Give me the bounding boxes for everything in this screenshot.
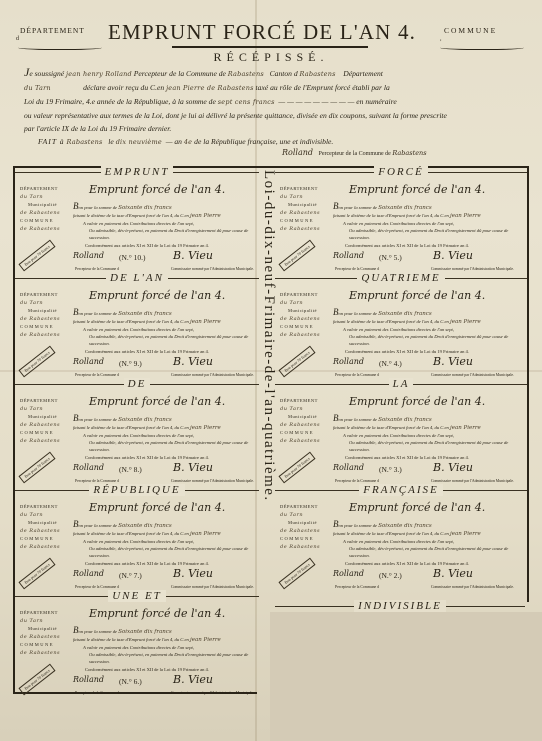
percepteur-signature: Rolland <box>333 251 364 260</box>
coupon-word: DE L'AN <box>15 272 259 284</box>
text: on pour la somme de <box>79 205 118 210</box>
coupon-departement: DÉPARTEMENT du Tarn Municipalité de Raba… <box>280 503 330 551</box>
text: DÉPARTEMENT <box>20 503 70 511</box>
text: A valoir en paiement des Contributions d… <box>333 538 517 545</box>
coupon-stamp: Bon pour 70 francs <box>18 452 55 484</box>
departement-label: DÉPARTEMENT <box>20 26 85 35</box>
text: DÉPARTEMENT <box>280 397 330 405</box>
text: FAIT à <box>38 137 65 146</box>
text: faisant le dixième de la taxe d'Emprunt … <box>73 213 189 218</box>
commune-value: , <box>440 36 442 42</box>
text: A valoir en paiement des Contributions d… <box>73 326 257 333</box>
coupon-title: Emprunt forcé de l'an 4. <box>89 183 225 196</box>
hand-amount: Soixante dix francs <box>378 205 432 211</box>
text: COMMUNE <box>20 323 70 331</box>
hand-amount: Soixante dix francs <box>378 311 432 317</box>
commissaire-caption: Commissaire nommé par l'Administration M… <box>171 691 254 696</box>
text: de la République française, une et indiv… <box>194 137 333 146</box>
coupon-word-text: LA <box>389 378 414 390</box>
percepteur-signature: Rolland <box>73 675 104 684</box>
text: A valoir en paiement des Contributions d… <box>73 432 257 439</box>
text: Municipalité <box>280 307 330 315</box>
coupon-number: (N.° 3.) <box>379 465 402 474</box>
hand-text: de Rabastens <box>280 225 330 233</box>
coupon: DE DÉPARTEMENT du Tarn Municipalité de R… <box>15 384 259 489</box>
coupon-word-text: DE <box>124 378 151 390</box>
percepteur-signature: Rolland <box>73 569 104 578</box>
hand-text: du Tarn <box>20 405 70 413</box>
hand-citizen: jean Pierre <box>190 319 221 325</box>
text: faisant le dixième de la taxe d'Emprunt … <box>73 637 189 642</box>
amount-hand: sept cens francs <box>218 98 275 106</box>
percepteur-signature: Rolland <box>333 569 364 578</box>
departement-hand: du Tarn <box>24 84 51 92</box>
commissaire-signature: B. Vieu <box>433 461 473 474</box>
hand-text: de Rabastens <box>20 315 70 323</box>
text: faisant le dixième de la taxe d'Emprunt … <box>73 319 189 324</box>
coupon-bon-text: Bon pour la somme de Soixante dix francs… <box>73 309 257 347</box>
coupon-stamp: Bon pour 70 francs <box>278 452 315 484</box>
hand-text: de Rabastens <box>20 209 70 217</box>
percepteur-signature: Rolland <box>73 251 104 260</box>
hand-text: du Tarn <box>280 193 330 201</box>
text: ou valeur représentative aux termes de l… <box>24 109 524 122</box>
hand-amount: Soixante dix francs <box>378 523 432 529</box>
commissaire-signature: B. Vieu <box>433 355 473 368</box>
commissaire-caption: Commissaire nommé par l'Administration M… <box>431 585 514 590</box>
text: faisant le dixième de la taxe d'Emprunt … <box>73 531 189 536</box>
coupon-number: (N.° 6.) <box>119 677 142 686</box>
coupon-bon-text: Bon pour la somme de Soixante dix francs… <box>73 203 257 241</box>
text: Ou admissible, dès-à-présent, en paiemen… <box>73 651 257 665</box>
document-title: EMPRUNT FORCÉ DE L'AN 4. <box>108 20 416 45</box>
coupon-word: QUATRIEME <box>275 272 527 284</box>
coupon-title: Emprunt forcé de l'an 4. <box>349 501 485 514</box>
text: Municipalité <box>20 519 70 527</box>
coupon-number: (N.° 4.) <box>379 359 402 368</box>
coupon-title: Emprunt forcé de l'an 4. <box>349 395 485 408</box>
hand-text: de Rabastens <box>20 633 70 641</box>
commissaire-signature: B. Vieu <box>173 461 213 474</box>
text: A valoir en paiement des Contributions d… <box>73 644 257 651</box>
coupon-bon-text: Bon pour la somme de Soixante dix francs… <box>333 203 517 241</box>
commissaire-signature: B. Vieu <box>173 355 213 368</box>
hand-text: de Rabastens <box>20 543 70 551</box>
coupon-number: (N.° 9.) <box>119 359 142 368</box>
text: DÉPARTEMENT <box>20 397 70 405</box>
coupon-bon-text: Bon pour la somme de Soixante dix francs… <box>333 521 517 559</box>
coupon-stamp: Bon pour 70 francs <box>18 664 55 696</box>
commissaire-signature: B. Vieu <box>173 567 213 580</box>
percepteur-caption: Percepteur de la Commune d <box>75 691 119 696</box>
hand-text: de Rabastens <box>280 421 330 429</box>
hand-text: de Rabastens <box>280 527 330 535</box>
hand-text: du Tarn <box>280 299 330 307</box>
coupon-title: Emprunt forcé de l'an 4. <box>349 289 485 302</box>
commune-name: Rabastens <box>228 70 264 78</box>
coupon-word: RÉPUBLIQUE <box>15 484 259 496</box>
text: faisant le dixième de la taxe d'Emprunt … <box>333 531 449 536</box>
coupon-departement: DÉPARTEMENT du Tarn Municipalité de Raba… <box>20 185 70 233</box>
coupon: EMPRUNT DÉPARTEMENT du Tarn Municipalité… <box>15 172 259 277</box>
hand-amount: Soixante dix francs <box>118 629 172 635</box>
text: e soussigné <box>29 69 64 78</box>
coupon-stamp: Bon pour 70 francs <box>278 346 315 378</box>
text: Percepteur de la Commune de <box>134 69 226 78</box>
text: COMMUNE <box>20 535 70 543</box>
text: Municipalité <box>20 201 70 209</box>
text: taxé au rôle de l'Emprunt forcé établi p… <box>256 83 390 92</box>
text: on pour la somme de <box>339 417 378 422</box>
text: Municipalité <box>20 307 70 315</box>
text: Département <box>343 69 383 78</box>
coupon-departement: DÉPARTEMENT du Tarn Municipalité de Raba… <box>20 609 70 657</box>
coupon-word-text: QUATRIEME <box>357 272 444 284</box>
text: Canton d <box>270 69 298 78</box>
coupon-number: (N.° 10.) <box>119 253 146 262</box>
text: Municipalité <box>280 413 330 421</box>
hand-amount: Soixante dix francs <box>378 417 432 423</box>
coupon-bon-text: Bon pour la somme de Soixante dix francs… <box>73 415 257 453</box>
text: faisant le dixième de la taxe d'Emprunt … <box>333 319 449 324</box>
coupon-word-text: FORCÉ <box>374 166 427 178</box>
sign-commune: Rabastens <box>392 149 426 157</box>
coupon-departement: DÉPARTEMENT du Tarn Municipalité de Raba… <box>20 397 70 445</box>
coupon-bon-text: Bon pour la somme de Soixante dix francs… <box>73 521 257 559</box>
coupon: FORCÉ DÉPARTEMENT du Tarn Municipalité d… <box>275 172 527 277</box>
hand-text: de Rabastens <box>20 527 70 535</box>
percepteur-caption: Percepteur de la Commune d <box>335 585 379 590</box>
hand-text: du Tarn <box>20 193 70 201</box>
hand-citizen: jean Pierre <box>190 213 221 219</box>
hand-text: de Rabastens <box>20 225 70 233</box>
text: déclare avoir reçu du C.en <box>83 83 164 92</box>
text: Ou admissible, dès-à-présent, en paiemen… <box>73 545 257 559</box>
coupon-word: UNE ET <box>15 590 259 602</box>
text: DÉPARTEMENT <box>20 609 70 617</box>
hand-amount: Soixante dix francs <box>118 311 172 317</box>
hand-text: du Tarn <box>20 299 70 307</box>
hand-amount: Soixante dix francs <box>118 523 172 529</box>
coupon-word-text: UNE ET <box>108 590 166 602</box>
text: A valoir en paiement des Contributions d… <box>333 326 517 333</box>
text: DÉPARTEMENT <box>280 291 330 299</box>
text: on pour la somme de <box>79 311 118 316</box>
coupon: UNE ET DÉPARTEMENT du Tarn Municipalité … <box>15 596 259 701</box>
text: Ou admissible, dès-à-présent, en paiemen… <box>73 439 257 453</box>
hand-text: de Rabastens <box>280 315 330 323</box>
text: DÉPARTEMENT <box>280 185 330 193</box>
coupon-stamp: Bon pour 70 francs <box>278 240 315 272</box>
text: COMMUNE <box>20 217 70 225</box>
coupon: DE L'AN DÉPARTEMENT du Tarn Municipalité… <box>15 278 259 383</box>
coupon-conformement: Conformément aux articles XI et XII de l… <box>345 561 469 566</box>
coupon-conformement: Conformément aux articles XI et XII de l… <box>85 349 209 354</box>
text: A valoir en paiement des Contributions d… <box>333 220 517 227</box>
hand-text: de Rabastens <box>280 209 330 217</box>
torn-coupon-area <box>270 612 542 741</box>
text: A valoir en paiement des Contributions d… <box>333 432 517 439</box>
coupon-number: (N.° 8.) <box>119 465 142 474</box>
hand-text: du Tarn <box>20 617 70 625</box>
commissaire-signature: B. Vieu <box>433 567 473 580</box>
text: on pour la somme de <box>339 205 378 210</box>
percepteur-signature: Rolland <box>333 463 364 472</box>
fait-year: 4e <box>184 138 192 146</box>
hand-citizen: jean Pierre <box>190 425 221 431</box>
text: Ou admissible, dès-à-présent, en paiemen… <box>333 227 517 241</box>
text: faisant le dixième de la taxe d'Emprunt … <box>333 425 449 430</box>
coupon-word-text: RÉPUBLIQUE <box>89 484 184 496</box>
departement-value: d <box>16 36 19 42</box>
percepteur-name: jean henry Rolland <box>66 70 132 78</box>
coupon-departement: DÉPARTEMENT du Tarn Municipalité de Raba… <box>280 397 330 445</box>
hand-text: de Rabastens <box>20 331 70 339</box>
canton-name: Rabastens <box>300 70 336 78</box>
text: DÉPARTEMENT <box>280 503 330 511</box>
coupon-conformement: Conformément aux articles XI et XII de l… <box>345 243 469 248</box>
hand-text: de Rabastens <box>20 649 70 657</box>
text: Ou admissible, dès-à-présent, en paiemen… <box>73 227 257 241</box>
coupon: FRANÇAISE DÉPARTEMENT du Tarn Municipali… <box>275 490 527 595</box>
coupon-bon-text: Bon pour la somme de Soixante dix francs… <box>333 415 517 453</box>
coupon-title: Emprunt forcé de l'an 4. <box>89 607 225 620</box>
coupon-conformement: Conformément aux articles XI et XII de l… <box>85 455 209 460</box>
hand-text: de Rabastens <box>280 437 330 445</box>
coupon-word: DE <box>15 378 259 390</box>
text: COMMUNE <box>280 535 330 543</box>
hand-citizen: jean Pierre <box>190 637 221 643</box>
coupon-departement: DÉPARTEMENT du Tarn Municipalité de Raba… <box>280 291 330 339</box>
coupon-number: (N.° 7.) <box>119 571 142 580</box>
coupon-stamp: Bon pour 70 francs <box>18 346 55 378</box>
coupon-stamp: Bon pour 70 francs <box>18 558 55 590</box>
text: le <box>108 137 113 146</box>
coupon-number: (N.° 5.) <box>379 253 402 262</box>
citizen-name: jean Pierre de Rabastens <box>166 84 254 92</box>
hand-text: du Tarn <box>280 511 330 519</box>
text: par l'article IX de la Loi du 19 Frimair… <box>24 122 524 135</box>
text: on pour la somme de <box>339 311 378 316</box>
text: an <box>174 137 182 146</box>
hand-citizen: jean Pierre <box>450 319 481 325</box>
coupon-departement: DÉPARTEMENT du Tarn Municipalité de Raba… <box>20 503 70 551</box>
text: on pour la somme de <box>79 417 118 422</box>
coupon-word: EMPRUNT <box>15 166 259 178</box>
hand-citizen: jean Pierre <box>190 531 221 537</box>
text: Percepteur de la Commune de <box>319 151 391 157</box>
text: Ou admissible, dès-à-présent, en paiemen… <box>333 439 517 453</box>
percepteur-signature: Rolland <box>73 357 104 366</box>
text: Municipalité <box>280 201 330 209</box>
coupon-title: Emprunt forcé de l'an 4. <box>89 501 225 514</box>
coupon-word-text: FRANÇAISE <box>359 484 442 496</box>
text: Municipalité <box>20 413 70 421</box>
hand-text: du Tarn <box>20 511 70 519</box>
text: on pour la somme de <box>79 523 118 528</box>
fait-date: dix neuvième <box>116 138 162 146</box>
hand-text: de Rabastens <box>280 543 330 551</box>
title-rule <box>172 46 368 48</box>
recepisse-heading: RÉCÉPISSÉ. <box>0 50 542 65</box>
coupon-title: Emprunt forcé de l'an 4. <box>349 183 485 196</box>
coupon: LA DÉPARTEMENT du Tarn Municipalité de R… <box>275 384 527 489</box>
text: COMMUNE <box>20 429 70 437</box>
text: faisant le dixième de la taxe d'Emprunt … <box>73 425 189 430</box>
coupon-word: FRANÇAISE <box>275 484 527 496</box>
coupon-title: Emprunt forcé de l'an 4. <box>89 289 225 302</box>
coupon-title: Emprunt forcé de l'an 4. <box>89 395 225 408</box>
hand-text: de Rabastens <box>20 421 70 429</box>
percepteur-signature: Rolland <box>282 148 313 157</box>
commissaire-signature: B. Vieu <box>173 249 213 262</box>
coupon-conformement: Conformément aux articles XI et XII de l… <box>345 349 469 354</box>
coupon-word: FORCÉ <box>275 166 527 178</box>
text: Municipalité <box>20 625 70 633</box>
coupon-conformement: Conformément aux articles XI et XII de l… <box>85 667 209 672</box>
text: Ou admissible, dès-à-présent, en paiemen… <box>333 545 517 559</box>
hand-text: de Rabastens <box>20 437 70 445</box>
receipt-body: Je soussigné jean henry Rolland Percepte… <box>24 66 524 149</box>
text: on pour la somme de <box>79 629 118 634</box>
hand-text: de Rabastens <box>280 331 330 339</box>
stub-word: INDIVISIBLE <box>300 600 500 612</box>
fait-place: Rabastens <box>67 138 103 146</box>
text: COMMUNE <box>280 429 330 437</box>
text: on pour la somme de <box>339 523 378 528</box>
text: DÉPARTEMENT <box>20 291 70 299</box>
coupon-stamp: Bon pour 70 francs <box>18 240 55 272</box>
commissaire-signature: B. Vieu <box>173 673 213 686</box>
coupon-word-text: DE L'AN <box>106 272 168 284</box>
text: Ou admissible, dès-à-présent, en paiemen… <box>333 333 517 347</box>
coupon: QUATRIEME DÉPARTEMENT du Tarn Municipali… <box>275 278 527 383</box>
hand-citizen: jean Pierre <box>450 531 481 537</box>
text: COMMUNE <box>280 323 330 331</box>
hand-amount: Soixante dix francs <box>118 205 172 211</box>
coupon-departement: DÉPARTEMENT du Tarn Municipalité de Raba… <box>20 291 70 339</box>
text: COMMUNE <box>280 217 330 225</box>
coupon-conformement: Conformément aux articles XI et XII de l… <box>85 561 209 566</box>
coupon-conformement: Conformément aux articles XI et XII de l… <box>85 243 209 248</box>
text: Municipalité <box>280 519 330 527</box>
hand-citizen: jean Pierre <box>450 213 481 219</box>
coupon-bon-text: Bon pour la somme de Soixante dix francs… <box>73 627 257 665</box>
coupon-number: (N.° 2.) <box>379 571 402 580</box>
coupon-conformement: Conformément aux articles XI et XII de l… <box>345 455 469 460</box>
stub-word-text: INDIVISIBLE <box>354 600 446 612</box>
text: A valoir en paiement des Contributions d… <box>73 538 257 545</box>
hand-text: du Tarn <box>280 405 330 413</box>
coupon: RÉPUBLIQUE DÉPARTEMENT du Tarn Municipal… <box>15 490 259 595</box>
percepteur-signature: Rolland <box>73 463 104 472</box>
coupon-bon-text: Bon pour la somme de Soixante dix francs… <box>333 309 517 347</box>
commune-label: COMMUNE <box>444 26 497 35</box>
commissaire-signature: B. Vieu <box>433 249 473 262</box>
coupon-departement: DÉPARTEMENT du Tarn Municipalité de Raba… <box>280 185 330 233</box>
receipt-signature-line: Rolland Percepteur de la Commune de Raba… <box>282 148 431 157</box>
percepteur-signature: Rolland <box>333 357 364 366</box>
hand-citizen: jean Pierre <box>450 425 481 431</box>
text: A valoir en paiement des Contributions d… <box>73 220 257 227</box>
text: COMMUNE <box>20 641 70 649</box>
coupon-word: LA <box>275 378 527 390</box>
coupon-stamp: Bon pour 70 francs <box>278 558 315 590</box>
text: Ou admissible, dès-à-présent, en paiemen… <box>73 333 257 347</box>
coupon-word-text: EMPRUNT <box>101 166 174 178</box>
text: DÉPARTEMENT <box>20 185 70 193</box>
hand-amount: Soixante dix francs <box>118 417 172 423</box>
text: Loi du 19 Frimaire, 4.e année de la Répu… <box>24 97 216 106</box>
text: faisant le dixième de la taxe d'Emprunt … <box>333 213 449 218</box>
text: en numéraire <box>356 97 396 106</box>
